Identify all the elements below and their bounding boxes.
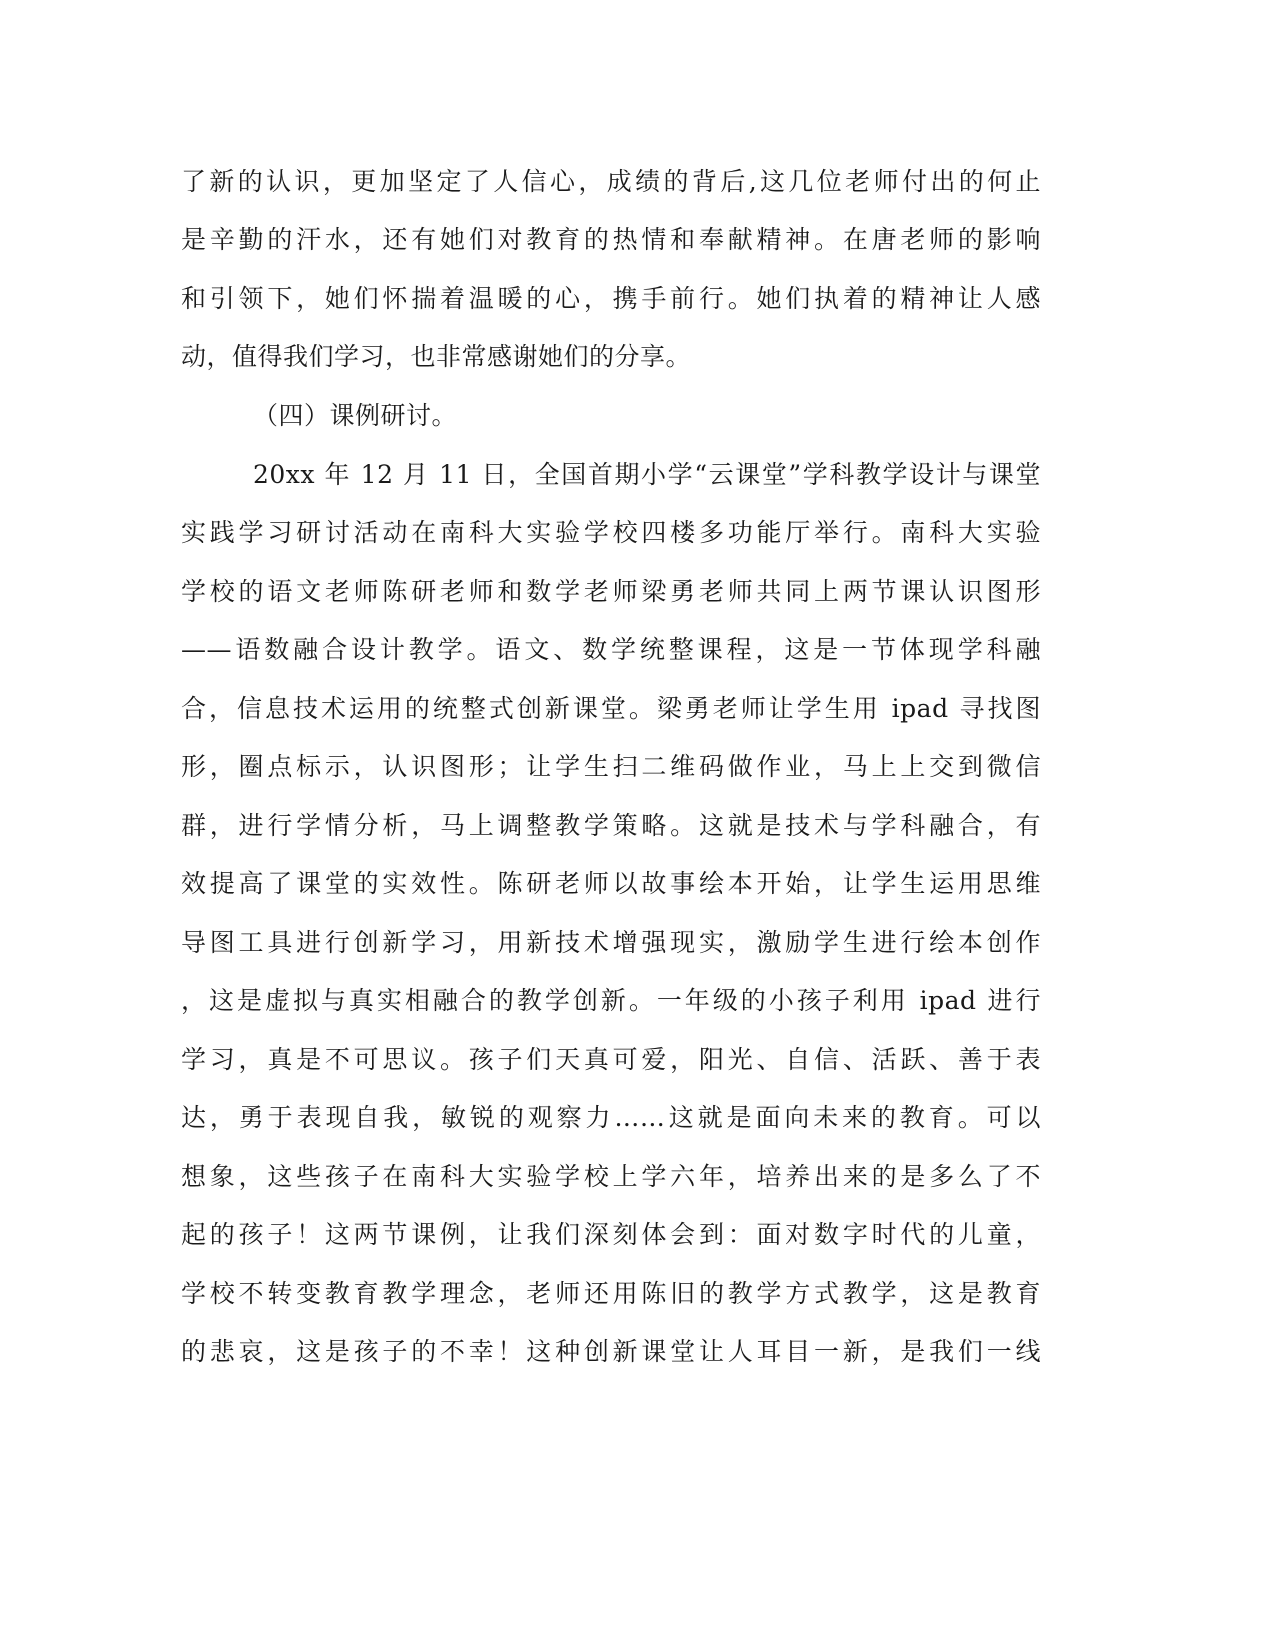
text-line: 动，值得我们学习，也非常感谢她们的分享。	[181, 337, 1041, 377]
text-line: ——语数融合设计教学。语文、数学统整课程，这是一节体现学科融	[181, 630, 1041, 670]
text-line: 效提高了课堂的实效性。陈研老师以故事绘本开始，让学生运用思维	[181, 864, 1041, 904]
text-line: 和引领下，她们怀揣着温暖的心，携手前行。她们执着的精神让人感	[181, 279, 1041, 319]
text-line: 想象，这些孩子在南科大实验学校上学六年，培养出来的是多么了不	[181, 1157, 1041, 1197]
text-line: 学校的语文老师陈研老师和数学老师梁勇老师共同上两节课认识图形	[181, 572, 1041, 612]
text-line: 群，进行学情分析，马上调整教学策略。这就是技术与学科融合，有	[181, 806, 1041, 846]
text-line: 实践学习研讨活动在南科大实验学校四楼多功能厅举行。南科大实验	[181, 513, 1041, 553]
text-line: 起的孩子！这两节课例，让我们深刻体会到：面对数字时代的儿童，	[181, 1215, 1041, 1255]
text-line: ，这是虚拟与真实相融合的教学创新。一年级的小孩子利用 ipad 进行	[181, 981, 1041, 1021]
text-line: 形，圈点标示，认识图形；让学生扫二维码做作业，马上上交到微信	[181, 747, 1041, 787]
text-line: 合，信息技术运用的统整式创新课堂。梁勇老师让学生用 ipad 寻找图	[181, 689, 1041, 729]
text-line: 学习，真是不可思议。孩子们天真可爱，阳光、自信、活跃、善于表	[181, 1040, 1041, 1080]
text-line: 是辛勤的汗水，还有她们对教育的热情和奉献精神。在唐老师的影响	[181, 220, 1041, 260]
text-line: 学校不转变教育教学理念，老师还用陈旧的教学方式教学，这是教育	[181, 1274, 1041, 1314]
document-page: 了新的认识，更加坚定了人信心，成绩的背后,这几位老师付出的何止 是辛勤的汗水，还…	[0, 0, 1275, 1650]
section-heading: （四）课例研讨。	[253, 396, 653, 436]
text-line: 的悲哀，这是孩子的不幸！这种创新课堂让人耳目一新，是我们一线	[181, 1332, 1041, 1372]
text-line: 导图工具进行创新学习，用新技术增强现实，激励学生进行绘本创作	[181, 923, 1041, 963]
text-line: 达，勇于表现自我，敏锐的观察力……这就是面向未来的教育。可以	[181, 1098, 1041, 1138]
text-line: 20xx 年 12 月 11 日，全国首期小学“云课堂”学科教学设计与课堂	[253, 455, 1041, 495]
text-line: 了新的认识，更加坚定了人信心，成绩的背后,这几位老师付出的何止	[181, 162, 1041, 202]
